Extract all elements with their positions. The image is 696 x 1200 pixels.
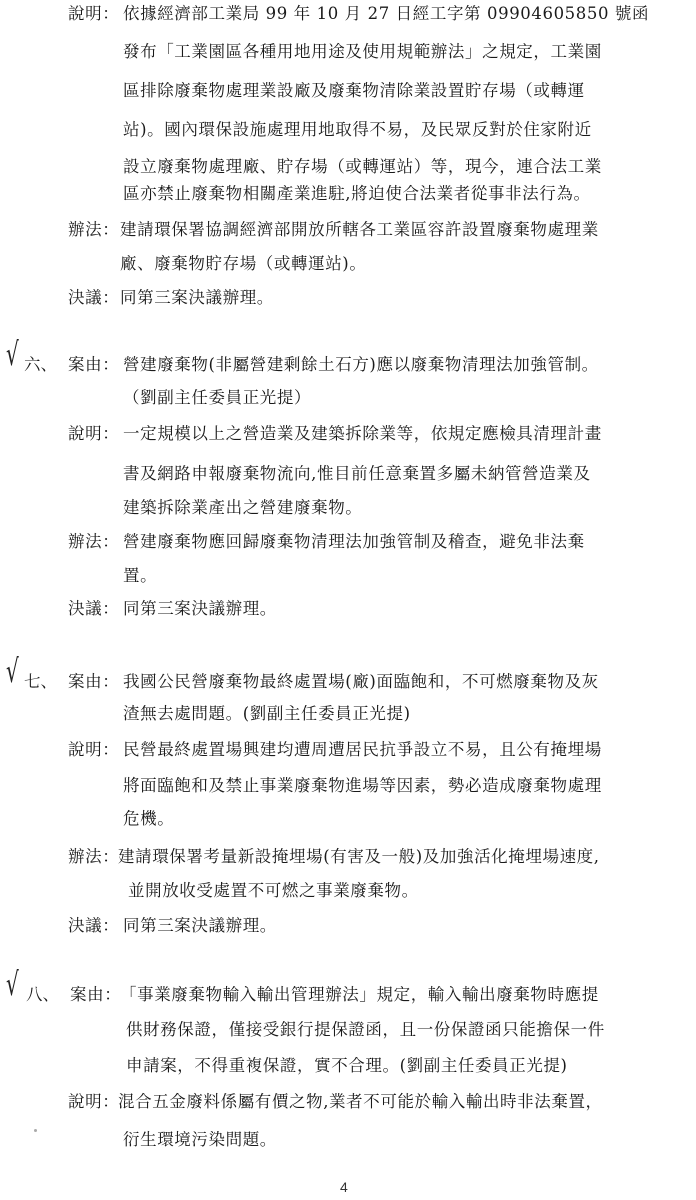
explanation-line: 混合五金廢料係屬有價之物,業者不可能於輸入輸出時非法棄置， (118, 1092, 603, 1112)
explanation-line: 危機。 (123, 809, 174, 829)
method-label: 辦法： (68, 220, 119, 240)
method-label: 辦法： (68, 532, 119, 552)
explanation-line: 一定規模以上之營造業及建築拆除業等，依規定應檢具清理計畫 (123, 424, 602, 444)
item-number: 六、 (24, 355, 57, 375)
method-label: 辦法： (68, 847, 119, 867)
explanation-line: 站)。國內環保設施處理用地取得不易，及民眾反對於住家附近 (123, 120, 592, 140)
explanation-line: 區排除廢棄物處理業設廠及廢棄物清除業設置貯存場（或轉運 (123, 81, 585, 101)
explanation-line: 發布「工業園區各種用地用途及使用規範辦法」之規定，工業園 (123, 42, 602, 62)
explanation-line: 設立廢棄物處理廠、貯存場（或轉運站）等，現今，連合法工業 (123, 157, 602, 177)
cause-line: 營建廢棄物(非屬營建剩餘土石方)應以廢棄物清理法加強管制。 (123, 355, 599, 375)
explanation-label: 說明： (68, 1092, 119, 1112)
cause-label: 案由： (68, 672, 119, 692)
cause-line: 渣無去處問題。(劉副主任委員正光提) (123, 704, 411, 724)
resolution-text: 同第三案決議辦理。 (123, 916, 277, 936)
method-line: 建請環保署考量新設掩埋場(有害及一般)及加強活化掩埋場速度, (118, 847, 600, 867)
method-line: 廠、廢棄物貯存場（或轉運站)。 (120, 254, 366, 274)
explanation-label: 說明： (68, 740, 119, 760)
method-line: 營建廢棄物應回歸廢棄物清理法加強管制及稽查，避免非法棄 (123, 532, 585, 552)
resolution-text: 同第三案決議辦理。 (123, 599, 277, 619)
method-line: 並開放收受處置不可燃之事業廢棄物。 (128, 881, 419, 901)
explanation-line: 將面臨飽和及禁止事業廢棄物進場等因素，勢必造成廢棄物處理 (123, 776, 602, 796)
explanation-line: 書及網路申報廢棄物流向,惟目前任意棄置多屬未納管營造業及 (123, 464, 591, 484)
cause-line: 供財務保證，僅接受銀行提保證函，且一份保證函只能擔保一件 (126, 1020, 605, 1040)
method-line: 置。 (123, 566, 157, 586)
check-mark-icon: √ (6, 655, 19, 687)
resolution-text: 同第三案決議辦理。 (120, 288, 274, 308)
cause-line: 「事業廢棄物輸入輸出管理辦法」規定，輸入輸出廢棄物時應提 (120, 985, 599, 1005)
explanation-line: 衍生環境污染問題。 (123, 1130, 277, 1150)
resolution-label: 決議： (68, 916, 119, 936)
explanation-line: 依據經濟部工業局 99 年 10 月 27 日經工字第 09904605850 … (123, 4, 649, 24)
explanation-line: 建築拆除業產出之營建廢棄物。 (123, 498, 362, 518)
resolution-label: 決議： (68, 599, 119, 619)
method-line: 建請環保署協調經濟部開放所轄各工業區容許設置廢棄物處理業 (120, 220, 599, 240)
cause-label: 案由： (68, 355, 119, 375)
scan-speck (34, 1129, 37, 1132)
cause-line: 申請案，不得重複保證，實不合理。(劉副主任委員正光提) (126, 1056, 568, 1076)
cause-line: 我國公民營廢棄物最終處置場(廠)面臨飽和，不可燃廢棄物及灰 (123, 672, 599, 692)
item-number: 八、 (26, 985, 59, 1005)
explanation-label: 說明： (68, 424, 119, 444)
check-mark-icon: √ (6, 338, 19, 370)
check-mark-icon: √ (6, 968, 19, 1000)
item-number: 七、 (24, 672, 57, 692)
page-number: 4 (340, 1179, 348, 1195)
explanation-line: 民營最終處置場興建均遭周遭居民抗爭設立不易，且公有掩埋場 (123, 740, 602, 760)
explanation-line: 區亦禁止廢棄物相關產業進駐,將迫使合法業者從事非法行為。 (123, 184, 591, 204)
cause-line: （劉副主任委員正光提） (123, 388, 311, 408)
cause-label: 案由： (70, 985, 121, 1005)
explanation-label: 說明： (68, 4, 119, 24)
resolution-label: 決議： (68, 288, 119, 308)
